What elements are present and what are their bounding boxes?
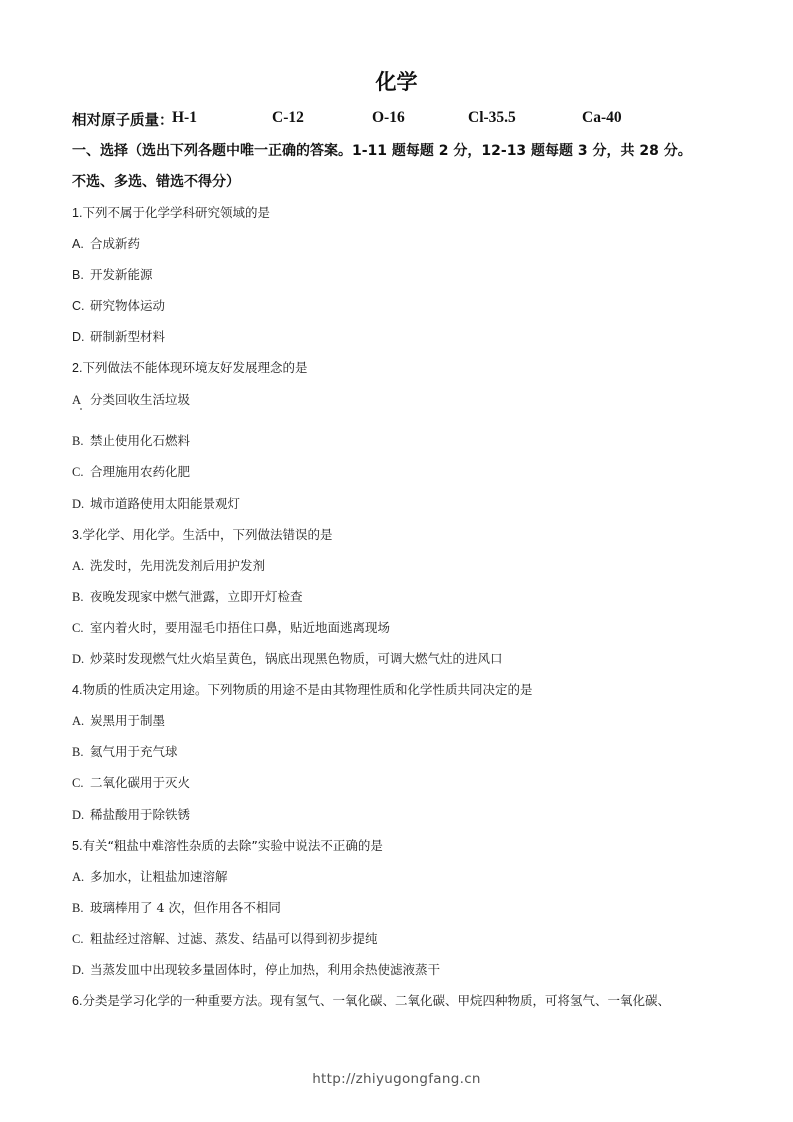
option-text: 氦气用于充气球 xyxy=(90,744,178,759)
option-key: B. xyxy=(72,268,90,282)
option-key: D. xyxy=(72,808,90,823)
section-heading-line-1: 一、选择（选出下列各题中唯一正确的答案。1-11 题每题 2 分，12-13 题… xyxy=(72,140,692,160)
option-text: 炭黑用于制墨 xyxy=(90,713,165,728)
question-text: 下列做法不能体现环境友好发展理念的是 xyxy=(82,360,307,375)
option-text: 多加水，让粗盐加速溶解 xyxy=(90,869,228,884)
question-4-stem: 4.物质的性质决定用途。下列物质的用途不是由其物理性质和化学性质共同决定的是 xyxy=(72,680,532,698)
question-number: 2. xyxy=(72,361,82,375)
question-text: 分类是学习化学的一种重要方法。现有氢气、一氧化碳、二氧化碳、甲烷四种物质，可将氢… xyxy=(82,993,670,1008)
option-key: D. xyxy=(72,497,90,512)
option-text: 禁止使用化石燃料 xyxy=(90,433,190,448)
question-2-option-c: C.合理施用农药化肥 xyxy=(72,462,190,480)
atomic-mass-o: O-16 xyxy=(372,109,405,127)
question-3-stem: 3.学化学、用化学。生活中，下列做法错误的是 xyxy=(72,525,332,543)
option-text: 当蒸发皿中出现较多量固体时，停止加热，利用余热使滤液蒸干 xyxy=(90,962,440,977)
question-text: 有关“粗盐中难溶性杂质的去除”实验中说法不正确的是 xyxy=(82,838,382,853)
option-text: 粗盐经过溶解、过滤、蒸发、结晶可以得到初步提纯 xyxy=(90,931,378,946)
question-number: 4. xyxy=(72,683,82,697)
option-key: B. xyxy=(72,745,90,760)
section-heading-line-2: 不选、多选、错选不得分） xyxy=(72,171,240,191)
question-5-option-a: A.多加水，让粗盐加速溶解 xyxy=(72,867,228,885)
option-key: A. xyxy=(72,870,90,885)
question-3-option-a: A.洗发时，先用洗发剂后用护发剂 xyxy=(72,556,265,574)
option-key: C. xyxy=(72,932,90,947)
question-text: 学化学、用化学。生活中，下列做法错误的是 xyxy=(82,527,332,542)
option-key: B. xyxy=(72,901,90,916)
question-4-option-b: B.氦气用于充气球 xyxy=(72,742,178,760)
option-key: C. xyxy=(72,621,90,636)
question-2-stem: 2.下列做法不能体现环境友好发展理念的是 xyxy=(72,358,307,376)
question-number: 1. xyxy=(72,206,82,220)
option-key: A. xyxy=(72,714,90,729)
atomic-mass-c: C-12 xyxy=(272,109,304,127)
option-text: 分类回收生活垃圾 xyxy=(90,392,190,407)
footer-url: http://zhiyugongfang.cn xyxy=(0,1071,793,1087)
option-text: 开发新能源 xyxy=(90,267,153,282)
question-3-option-c: C.室内着火时，要用湿毛巾捂住口鼻，贴近地面逃离现场 xyxy=(72,618,390,636)
atomic-mass-ca: Ca-40 xyxy=(582,109,622,127)
option-key: C. xyxy=(72,299,90,313)
option-key: A xyxy=(72,393,90,408)
atomic-mass-cl: Cl-35.5 xyxy=(468,109,516,127)
option-key: A. xyxy=(72,237,90,251)
option-key: D. xyxy=(72,652,90,667)
option-text: 洗发时，先用洗发剂后用护发剂 xyxy=(90,558,265,573)
question-3-option-b: B.夜晚发现家中燃气泄露，立即开灯检查 xyxy=(72,587,303,605)
option-text: 合理施用农药化肥 xyxy=(90,464,190,479)
option-key: B. xyxy=(72,590,90,605)
question-1-option-a: A.合成新药 xyxy=(72,234,140,252)
option-key: D. xyxy=(72,330,90,344)
option-text: 室内着火时，要用湿毛巾捂住口鼻，贴近地面逃离现场 xyxy=(90,620,390,635)
question-5-option-b: B.玻璃棒用了 4 次，但作用各不相同 xyxy=(72,898,281,916)
question-4-option-d: D.稀盐酸用于除铁锈 xyxy=(72,805,190,823)
question-number: 6. xyxy=(72,994,82,1008)
question-2-option-b: B.禁止使用化石燃料 xyxy=(72,431,190,449)
question-4-option-a: A.炭黑用于制墨 xyxy=(72,711,165,729)
question-text: 物质的性质决定用途。下列物质的用途不是由其物理性质和化学性质共同决定的是 xyxy=(82,682,532,697)
atomic-masses-row: 相对原子质量： H-1 C-12 O-16 Cl-35.5 Ca-40 xyxy=(72,109,752,131)
question-1-option-c: C.研究物体运动 xyxy=(72,296,165,314)
question-5-option-c: C.粗盐经过溶解、过滤、蒸发、结晶可以得到初步提纯 xyxy=(72,929,378,947)
option-text: 城市道路使用太阳能景观灯 xyxy=(90,496,240,511)
question-4-option-c: C.二氧化碳用于灭火 xyxy=(72,773,190,791)
option-text: 研制新型材料 xyxy=(90,329,165,344)
question-1-stem: 1.下列不属于化学学科研究领域的是 xyxy=(72,203,270,221)
option-text: 夜晚发现家中燃气泄露，立即开灯检查 xyxy=(90,589,303,604)
atomic-mass-h: H-1 xyxy=(172,109,197,127)
question-number: 5. xyxy=(72,839,82,853)
question-number: 3. xyxy=(72,528,82,542)
option-text: 玻璃棒用了 4 次，但作用各不相同 xyxy=(90,900,281,915)
option-text: 稀盐酸用于除铁锈 xyxy=(90,807,190,822)
question-2-option-a: A分类回收生活垃圾 xyxy=(72,390,190,408)
question-1-option-b: B.开发新能源 xyxy=(72,265,153,283)
option-text: 炒菜时发现燃气灶火焰呈黄色，锅底出现黑色物质，可调大燃气灶的进风口 xyxy=(90,651,503,666)
option-text: 二氧化碳用于灭火 xyxy=(90,775,190,790)
option-key: C. xyxy=(72,465,90,480)
option-text: 合成新药 xyxy=(90,236,140,251)
option-key: B. xyxy=(72,434,90,449)
question-text: 下列不属于化学学科研究领域的是 xyxy=(82,205,270,220)
option-key: C. xyxy=(72,776,90,791)
question-6-stem: 6.分类是学习化学的一种重要方法。现有氢气、一氧化碳、二氧化碳、甲烷四种物质，可… xyxy=(72,991,670,1009)
option-key: D. xyxy=(72,963,90,978)
document-title: 化学 xyxy=(0,66,793,96)
question-1-option-d: D.研制新型材料 xyxy=(72,327,165,345)
question-2-option-d: D.城市道路使用太阳能景观灯 xyxy=(72,494,240,512)
stray-mark xyxy=(80,408,82,410)
option-text: 研究物体运动 xyxy=(90,298,165,313)
option-key: A. xyxy=(72,559,90,574)
atomic-masses-label: 相对原子质量： xyxy=(72,109,174,130)
question-5-stem: 5.有关“粗盐中难溶性杂质的去除”实验中说法不正确的是 xyxy=(72,836,383,854)
question-5-option-d: D.当蒸发皿中出现较多量固体时，停止加热，利用余热使滤液蒸干 xyxy=(72,960,440,978)
question-3-option-d: D.炒菜时发现燃气灶火焰呈黄色，锅底出现黑色物质，可调大燃气灶的进风口 xyxy=(72,649,503,667)
